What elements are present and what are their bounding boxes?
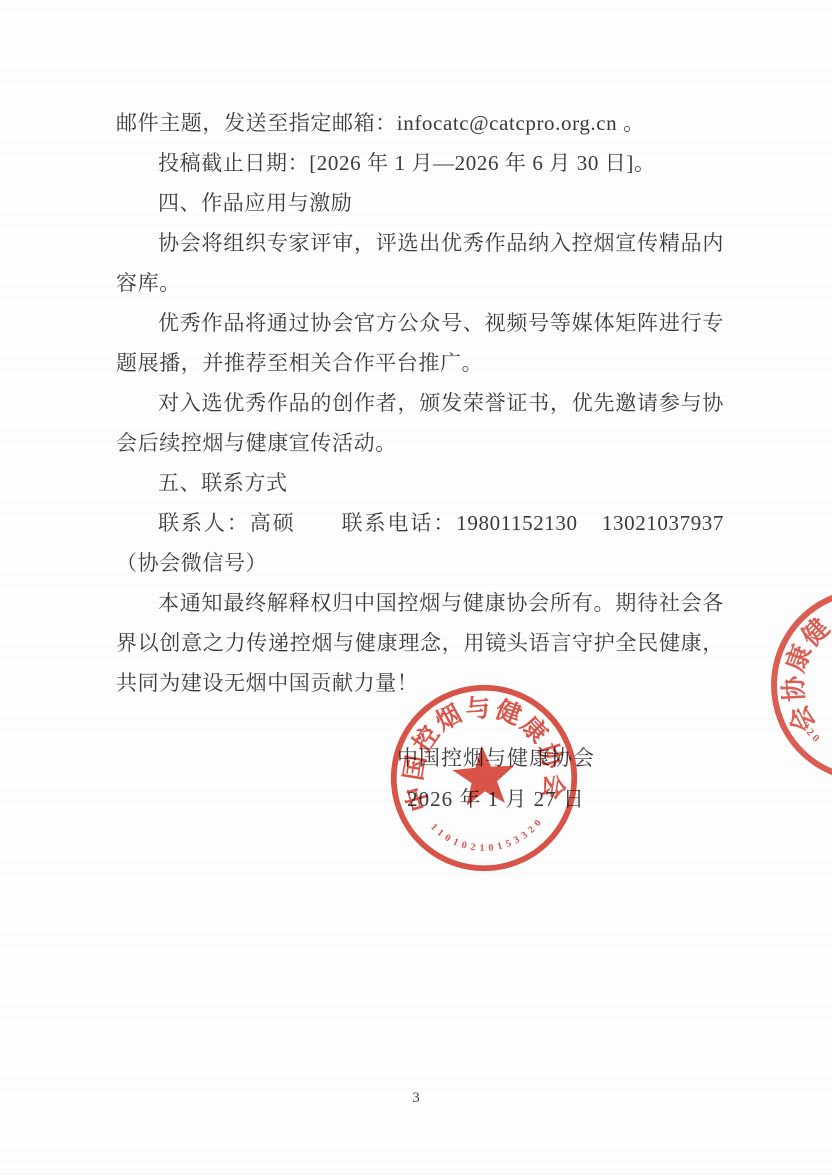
partial-seal-char: 协 [779, 674, 809, 702]
section-heading-five: 五、联系方式 [116, 463, 724, 503]
paragraph-review: 协会将组织专家评审，评选出优秀作品纳入控烟宣传精品内容库。 [116, 223, 724, 303]
section-heading-four: 四、作品应用与激励 [116, 183, 724, 223]
paragraph-certificate: 对入选优秀作品的创作者，颁发荣誉证书，优先邀请参与协会后续控烟与健康宣传活动。 [116, 383, 724, 463]
seal-code: 11010210153320 [428, 814, 549, 858]
paragraph-broadcast: 优秀作品将通过协会官方公众号、视频号等媒体矩阵进行专题展播，并推荐至相关合作平台… [116, 303, 724, 383]
document-page: 邮件主题，发送至指定邮箱：infocatc@catcpro.org.cn 。 投… [0, 0, 832, 1176]
partial-seal: 健 康 协 会 320 [768, 585, 832, 785]
paragraph-deadline: 投稿截止日期：[2026 年 1 月—2026 年 6 月 30 日]。 [116, 143, 724, 183]
scan-edge [0, 1173, 832, 1174]
paragraph-closing: 本通知最终解释权归中国控烟与健康协会所有。期待社会各界以创意之力传递控烟与健康理… [116, 583, 724, 703]
document-body: 邮件主题，发送至指定邮箱：infocatc@catcpro.org.cn 。 投… [116, 103, 724, 703]
page-number: 3 [0, 1090, 832, 1107]
star-icon [451, 743, 517, 806]
paragraph-email-line: 邮件主题，发送至指定邮箱：infocatc@catcpro.org.cn 。 [116, 103, 724, 143]
paragraph-contact: 联系人：高硕 联系电话：19801152130 13021037937（协会微信… [116, 503, 724, 583]
official-seal: 中国控烟与健康协会 11010210153320 [382, 676, 587, 881]
